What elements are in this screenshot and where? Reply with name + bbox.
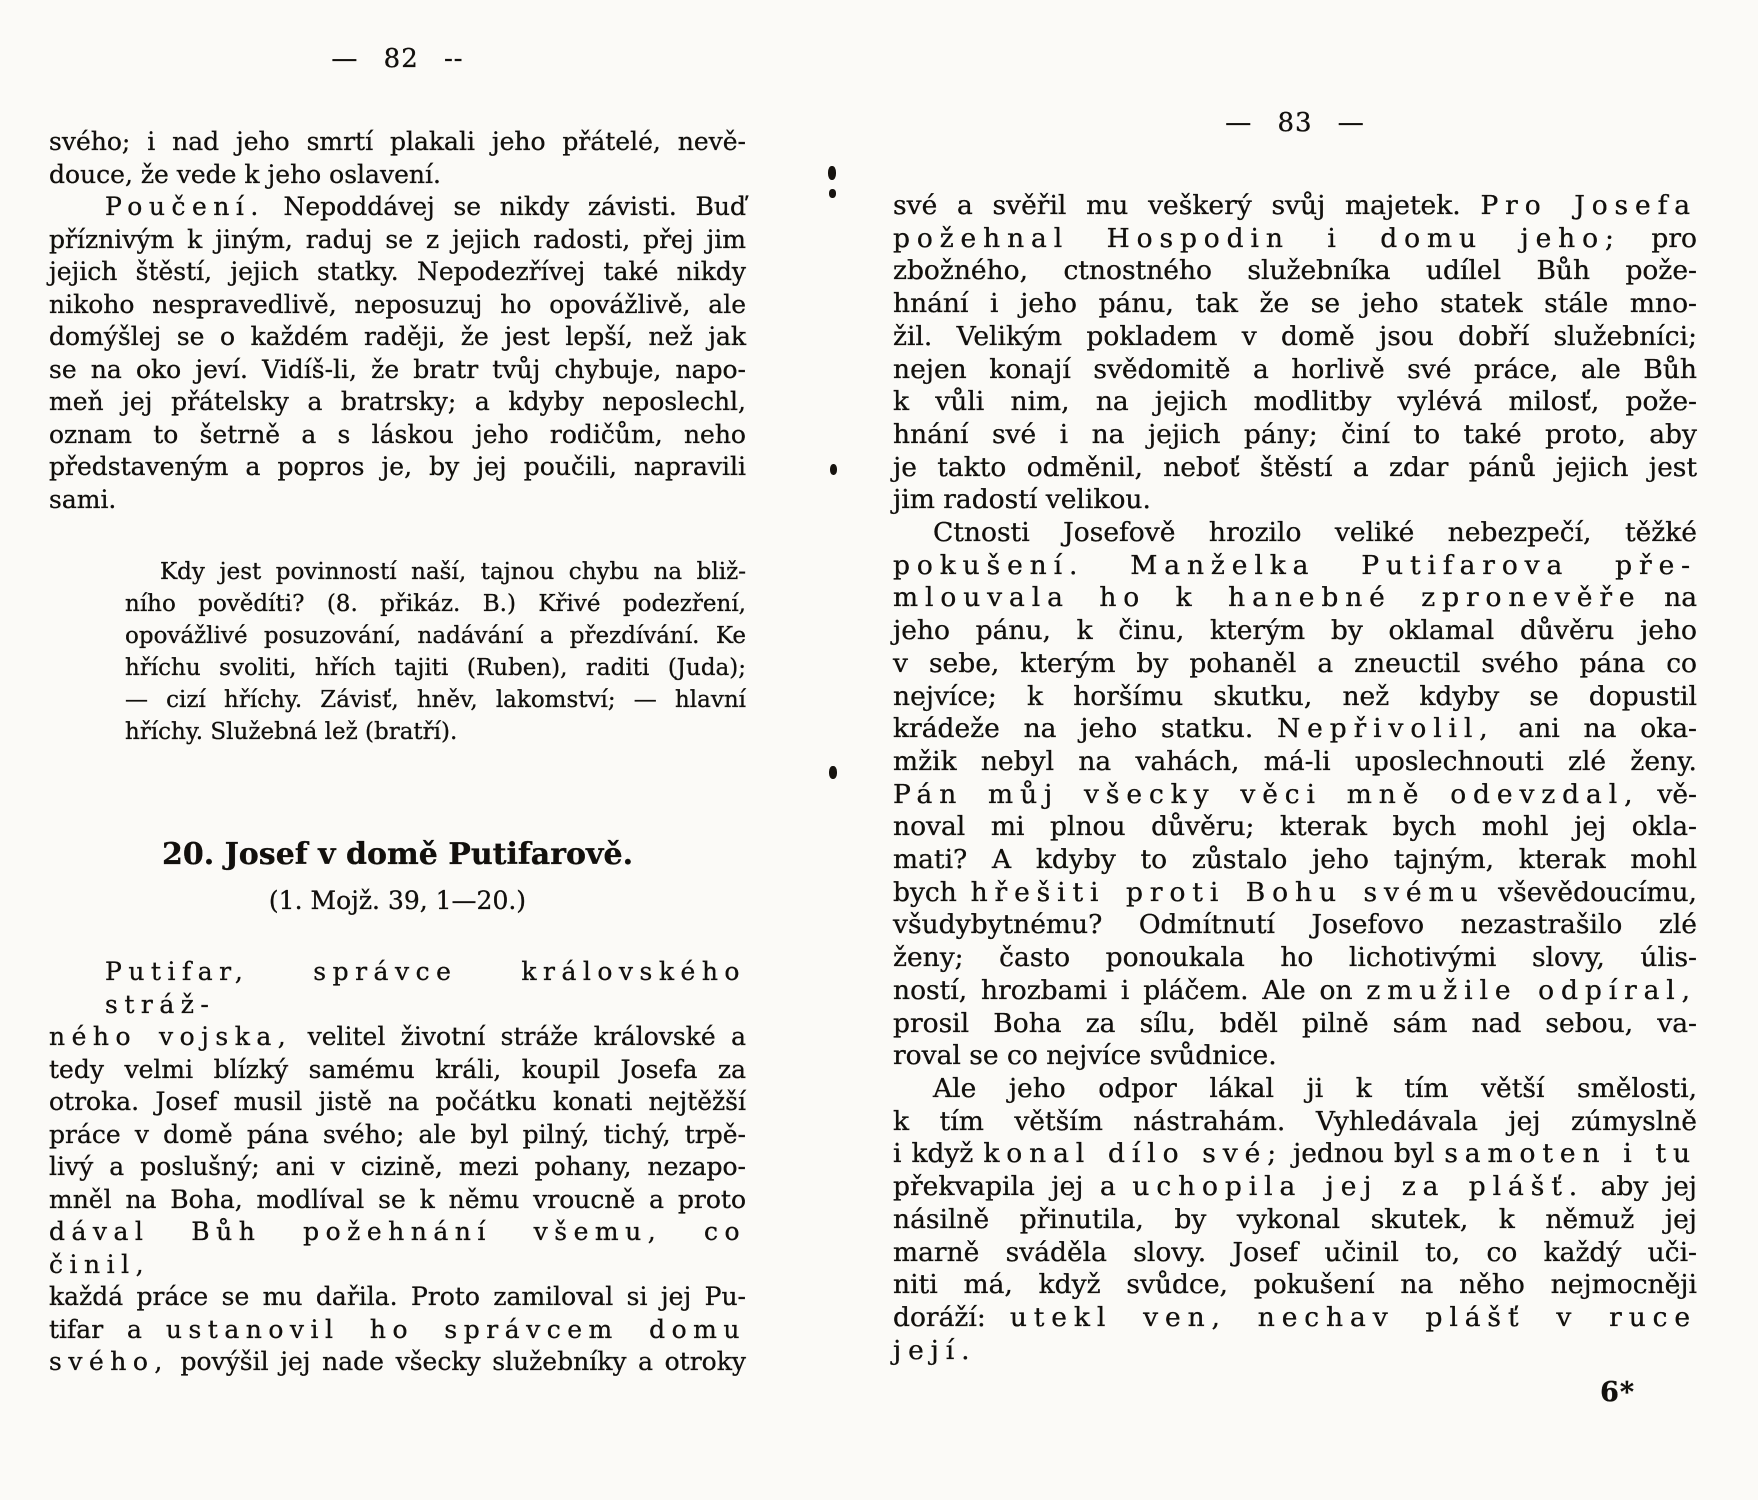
text-line: mlouvala ho k hanebné zpronevěře na xyxy=(893,582,1697,615)
text-line: Pán můj všecky věci mně odevzdal, vě- xyxy=(893,779,1697,812)
text-line: marně sváděla slovy. Josef učinil to, co… xyxy=(893,1237,1697,1270)
text-line: násilně přinutila, by vykonal skutek, k … xyxy=(893,1204,1697,1237)
text-line: — cizí hříchy. Závisť, hněv, lakomství; … xyxy=(125,684,746,716)
text-line: domýšlej se o každém raději, že jest lep… xyxy=(49,321,746,354)
text-line: noval mi plnou důvěru; kterak bych mohl … xyxy=(893,811,1697,844)
scan-speck xyxy=(829,189,836,198)
text-run: práce v domě pána svého; ale byl pilný, … xyxy=(49,1120,746,1149)
letterspaced-text: její. xyxy=(893,1335,976,1366)
text-run: oznam to šetrně a s láskou jeho rodičům,… xyxy=(49,420,746,449)
text-line: hříchu svoliti, hřích tajiti (Ruben), ra… xyxy=(125,652,746,684)
letterspaced-text: samoten i tu xyxy=(1444,1138,1697,1169)
text-line: jim radostí velikou. xyxy=(893,484,1697,517)
letterspaced-text: Pro Josefa xyxy=(1480,190,1697,221)
text-run: noval mi plnou důvěru; kterak bych mohl … xyxy=(893,811,1697,842)
text-line: v sebe, kterým by pohaněl a zneuctil své… xyxy=(893,648,1697,681)
text-run: mžik nebyl na vahách, má-li uposlechnout… xyxy=(893,746,1697,777)
text-line: jeho pánu, k činu, kterým by oklamal dův… xyxy=(893,615,1697,648)
text-run: otroka. Josef musil jistě na počátku kon… xyxy=(49,1087,746,1116)
letterspaced-text: uchopila jej za plášť. xyxy=(1132,1171,1584,1202)
paragraph: svého; i nad jeho smrtí plakali jeho přá… xyxy=(49,126,746,191)
letterspaced-text: mlouvala ho k hanebné zpronevěře xyxy=(893,582,1641,613)
section-subheading: (1. Mojž. 39, 1—20.) xyxy=(49,886,746,916)
text-line: představeným a popros je, by jej poučili… xyxy=(49,451,746,484)
text-line: otroka. Josef musil jistě na počátku kon… xyxy=(49,1086,746,1119)
text-line: krádeže na jeho statku. Nepřivolil, ani … xyxy=(893,713,1697,746)
text-line: její. xyxy=(893,1335,1697,1368)
text-run: všudybytnému? Odmítnutí Josefovo nezastr… xyxy=(893,909,1697,940)
text-run: (1. Mojž. 39, 1—20.) xyxy=(269,886,526,915)
letterspaced-text: dával Bůh požehnání všemu, co činil, xyxy=(49,1217,746,1279)
text-run: opovážlivé posuzování, nadávání a přezdí… xyxy=(125,623,746,649)
text-run: Kdy jest povinností naší, tajnou chybu n… xyxy=(160,559,746,585)
text-line: roval se co nejvíce svůdnice. xyxy=(893,1040,1697,1073)
text-run: příznivým k jiným, raduj se z jejich rad… xyxy=(49,225,746,254)
text-run: pro xyxy=(1621,223,1697,254)
text-run: krádeže na jeho statku. xyxy=(893,713,1277,744)
text-run: představeným a popros je, by jej poučili… xyxy=(49,452,746,481)
text-line: Ale jeho odpor lákal ji k tím větší směl… xyxy=(893,1073,1697,1106)
text-line: požehnal Hospodin i domu jeho; pro xyxy=(893,223,1697,256)
signature-mark: 6* xyxy=(1600,1377,1635,1410)
text-line: bych hřešiti proti Bohu svému vševědoucí… xyxy=(893,877,1697,910)
text-line: tifar a ustanovil ho správcem domu xyxy=(49,1314,746,1347)
text-run: sami. xyxy=(49,485,116,514)
text-line: doráží: utekl ven, nechav plášť v ruce xyxy=(893,1302,1697,1335)
page-83: — 83 — své a svěřil mu veškerý svůj maje… xyxy=(893,108,1697,1367)
scan-speck xyxy=(829,766,837,779)
text-run: násilně přinutila, by vykonal skutek, k … xyxy=(893,1204,1697,1235)
text-line: hnání i jeho pánu, tak že se jeho statek… xyxy=(893,288,1697,321)
text-run: ani na oka- xyxy=(1495,713,1697,744)
text-run: marně sváděla slovy. Josef učinil to, co… xyxy=(893,1237,1697,1268)
text-run: v sebe, kterým by pohaněl a zneuctil své… xyxy=(893,648,1697,679)
text-run: roval se co nejvíce svůdnice. xyxy=(893,1040,1277,1071)
letterspaced-text: pokušení. Manželka Putifarova pře- xyxy=(893,550,1697,581)
text-run: ností, hrozbami i pláčem. Ale on xyxy=(893,975,1366,1006)
letterspaced-text: ustanovil ho správcem domu xyxy=(166,1315,746,1344)
letterspaced-text: Pán můj všecky věci mně odevzdal, xyxy=(893,779,1639,810)
letterspaced-text: konal dílo své; xyxy=(983,1138,1283,1169)
text-run: se na oko jeví. Vidíš-li, že bratr tvůj … xyxy=(49,355,746,384)
letterspaced-text: zmužile odpíral, xyxy=(1366,975,1697,1006)
text-line: niti má, když svůdce, pokušení na něho n… xyxy=(893,1269,1697,1302)
text-run: tifar a xyxy=(49,1315,166,1344)
text-run: tedy velmi blízký samému králi, koupil J… xyxy=(49,1055,746,1084)
text-run: jejich štěstí, jejich statky. Nepodezřív… xyxy=(49,257,746,286)
scan-speck xyxy=(828,166,836,180)
text-run: 20. Josef v domě Putifarově. xyxy=(162,837,633,872)
text-run: na xyxy=(1641,582,1697,613)
text-run: nikoho nespravedlivě, neposuzuj ho opová… xyxy=(49,290,746,319)
text-run: hříchy. Služebná lež (bratří). xyxy=(125,719,457,745)
text-line: nejvíce; k horšímu skutku, než kdyby se … xyxy=(893,681,1697,714)
text-line: k vůli nim, na jejich modlitby vylévá mi… xyxy=(893,386,1697,419)
page-82-body: svého; i nad jeho smrtí plakali jeho přá… xyxy=(49,126,746,1379)
text-run: k tím větším nástrahám. Vyhledávala jej … xyxy=(893,1106,1697,1137)
text-run: doráží: xyxy=(893,1302,1010,1333)
text-line: je takto odměnil, neboť štěstí a zdar pá… xyxy=(893,452,1697,485)
text-run: niti má, když svůdce, pokušení na něho n… xyxy=(893,1269,1697,1300)
scan-speck xyxy=(830,464,837,475)
letterspaced-text: svého, xyxy=(49,1347,169,1376)
letterspaced-text: Putifar, správce královského stráž- xyxy=(105,957,746,1019)
text-line: sami. xyxy=(49,484,746,517)
text-line: se na oko jeví. Vidíš-li, že bratr tvůj … xyxy=(49,354,746,387)
text-line: mžik nebyl na vahách, má-li uposlechnout… xyxy=(893,746,1697,779)
letterspaced-text: hřešiti proti Bohu svému xyxy=(971,877,1485,908)
text-line: ností, hrozbami i pláčem. Ale on zmužile… xyxy=(893,975,1697,1008)
text-run: ženy; často ponoukala ho lichotivými slo… xyxy=(893,942,1697,973)
text-run: meň jej přátelsky a bratrsky; a kdyby ne… xyxy=(49,387,746,416)
text-run: jeho pánu, k činu, kterým by oklamal dův… xyxy=(893,615,1697,646)
text-run: mněl na Boha, modlíval se k němu vroucně… xyxy=(49,1185,746,1214)
text-line: Kdy jest povinností naší, tajnou chybu n… xyxy=(125,556,746,588)
paragraph: Ctnosti Josefově hrozilo veliké nebezpeč… xyxy=(893,517,1697,1073)
text-run: douce, že vede k jeho oslavení. xyxy=(49,160,441,189)
text-line: nejen konají svědomitě a horlivě své prá… xyxy=(893,354,1697,387)
text-run: Ale jeho odpor lákal ji k tím větší směl… xyxy=(933,1073,1697,1104)
letterspaced-text: požehnal Hospodin i domu jeho; xyxy=(893,223,1621,254)
text-line: své a svěřil mu veškerý svůj majetek. Pr… xyxy=(893,190,1697,223)
text-run: každá práce se mu dařila. Proto zamilova… xyxy=(49,1282,746,1311)
text-run: prosil Boha za sílu, bděl pilně sám nad … xyxy=(893,1008,1697,1039)
text-line: tedy velmi blízký samému králi, koupil J… xyxy=(49,1054,746,1087)
text-line: mněl na Boha, modlíval se k němu vroucně… xyxy=(49,1184,746,1217)
section-heading: 20. Josef v domě Putifarově. xyxy=(49,836,746,874)
text-line: ženy; často ponoukala ho lichotivými slo… xyxy=(893,942,1697,975)
text-run: Ctnosti Josefově hrozilo veliké nebezpeč… xyxy=(933,517,1697,548)
text-line: i když konal dílo své; jednou byl samote… xyxy=(893,1138,1697,1171)
text-line: hříchy. Služebná lež (bratří). xyxy=(125,716,746,748)
text-line: zbožného, ctnostného služebníka udílel B… xyxy=(893,255,1697,288)
text-line: meň jej přátelsky a bratrsky; a kdyby ne… xyxy=(49,386,746,419)
text-run: jednou byl xyxy=(1283,1138,1444,1169)
text-run: — cizí hříchy. Závisť, hněv, lakomství; … xyxy=(125,687,746,713)
page-83-body: své a svěřil mu veškerý svůj majetek. Pr… xyxy=(893,190,1697,1367)
text-run: překvapila jej a xyxy=(893,1171,1132,1202)
text-line: k tím větším nástrahám. Vyhledávala jej … xyxy=(893,1106,1697,1139)
text-line: 20. Josef v domě Putifarově. xyxy=(49,836,746,874)
letterspaced-text: ného vojska, xyxy=(49,1022,292,1051)
page-83-number-header: — 83 — xyxy=(893,108,1697,138)
text-run: vě- xyxy=(1639,779,1697,810)
text-run: livý a poslušný; ani v cizině, mezi poha… xyxy=(49,1152,746,1181)
text-line: žil. Velikým pokladem v domě jsou dobří … xyxy=(893,321,1697,354)
text-line: nikoho nespravedlivě, neposuzuj ho opová… xyxy=(49,289,746,322)
text-line: ného vojska, velitel životní stráže král… xyxy=(49,1021,746,1054)
text-run: ního povědíti? (8. přikáz. B.) Křivé pod… xyxy=(125,591,746,617)
text-line: jejich štěstí, jejich statky. Nepodezřív… xyxy=(49,256,746,289)
text-line: dával Bůh požehnání všemu, co činil, xyxy=(49,1216,746,1281)
text-run: mati? A kdyby to zůstalo jeho tajným, kt… xyxy=(893,844,1697,875)
text-line: pokušení. Manželka Putifarova pře- xyxy=(893,550,1697,583)
text-run: aby jej xyxy=(1584,1171,1697,1202)
text-run: své a svěřil mu veškerý svůj majetek. xyxy=(893,190,1480,221)
letterspaced-text: Poučení. xyxy=(105,192,265,221)
text-line: každá práce se mu dařila. Proto zamilova… xyxy=(49,1281,746,1314)
text-line: prosil Boha za sílu, bděl pilně sám nad … xyxy=(893,1008,1697,1041)
paragraph: Poučení. Nepoddávej se nikdy závisti. Bu… xyxy=(49,191,746,516)
page-82-number-header: — 82 -- xyxy=(49,44,746,74)
text-run: i když xyxy=(893,1138,983,1169)
text-line: překvapila jej a uchopila jej za plášť. … xyxy=(893,1171,1697,1204)
text-line: (1. Mojž. 39, 1—20.) xyxy=(49,886,746,916)
text-run: velitel životní stráže královské a xyxy=(292,1022,746,1051)
text-line: opovážlivé posuzování, nadávání a přezdí… xyxy=(125,620,746,652)
text-run: zbožného, ctnostného služebníka udílel B… xyxy=(893,255,1697,286)
text-run: hnání i jeho pánu, tak že se jeho statek… xyxy=(893,288,1697,319)
text-run: Nepoddávej se nikdy závisti. Buď xyxy=(265,192,746,221)
text-run: hříchu svoliti, hřích tajiti (Ruben), ra… xyxy=(125,655,746,681)
text-run: nejvíce; k horšímu skutku, než kdyby se … xyxy=(893,681,1697,712)
text-run: nejen konají svědomitě a horlivě své prá… xyxy=(893,354,1697,385)
text-run: je takto odměnil, neboť štěstí a zdar pá… xyxy=(893,452,1697,483)
text-line: svého; i nad jeho smrtí plakali jeho přá… xyxy=(49,126,746,159)
text-run: domýšlej se o každém raději, že jest lep… xyxy=(49,322,746,351)
text-run: svého; i nad jeho smrtí plakali jeho přá… xyxy=(49,127,746,156)
text-run: k vůli nim, na jejich modlitby vylévá mi… xyxy=(893,386,1697,417)
text-run: vševědoucímu, xyxy=(1484,877,1697,908)
text-run: hnání své i na jejich pány; činí to také… xyxy=(893,419,1697,450)
text-run: jim radostí velikou. xyxy=(893,484,1151,515)
text-run: žil. Velikým pokladem v domě jsou dobří … xyxy=(893,321,1697,352)
text-line: Poučení. Nepoddávej se nikdy závisti. Bu… xyxy=(49,191,746,224)
text-line: práce v domě pána svého; ale byl pilný, … xyxy=(49,1119,746,1152)
text-line: Ctnosti Josefově hrozilo veliké nebezpeč… xyxy=(893,517,1697,550)
text-line: mati? A kdyby to zůstalo jeho tajným, kt… xyxy=(893,844,1697,877)
paragraph: Putifar, správce královského stráž-ného … xyxy=(49,956,746,1379)
text-line: douce, že vede k jeho oslavení. xyxy=(49,159,746,192)
text-line: livý a poslušný; ani v cizině, mezi poha… xyxy=(49,1151,746,1184)
text-run: bych xyxy=(893,877,971,908)
text-line: všudybytnému? Odmítnutí Josefovo nezastr… xyxy=(893,909,1697,942)
text-line: svého, povýšil jej nade všecky služebník… xyxy=(49,1346,746,1379)
text-line: Putifar, správce královského stráž- xyxy=(49,956,746,1021)
paragraph: Ale jeho odpor lákal ji k tím větší směl… xyxy=(893,1073,1697,1367)
text-line: ního povědíti? (8. přikáz. B.) Křivé pod… xyxy=(125,588,746,620)
page-82: — 82 -- svého; i nad jeho smrtí plakali … xyxy=(49,44,746,1379)
text-line: příznivým k jiným, raduj se z jejich rad… xyxy=(49,224,746,257)
text-line: oznam to šetrně a s láskou jeho rodičům,… xyxy=(49,419,746,452)
letterspaced-text: utekl ven, nechav plášť v ruce xyxy=(1010,1302,1697,1333)
letterspaced-text: Nepřivolil, xyxy=(1277,713,1495,744)
paragraph: své a svěřil mu veškerý svůj majetek. Pr… xyxy=(893,190,1697,517)
text-run: povýšil jej nade všecky služebníky a otr… xyxy=(169,1347,746,1376)
scanned-book-spread: — 82 -- svého; i nad jeho smrtí plakali … xyxy=(0,0,1758,1500)
small-print-paragraph: Kdy jest povinností naší, tajnou chybu n… xyxy=(125,556,746,748)
text-line: hnání své i na jejich pány; činí to také… xyxy=(893,419,1697,452)
